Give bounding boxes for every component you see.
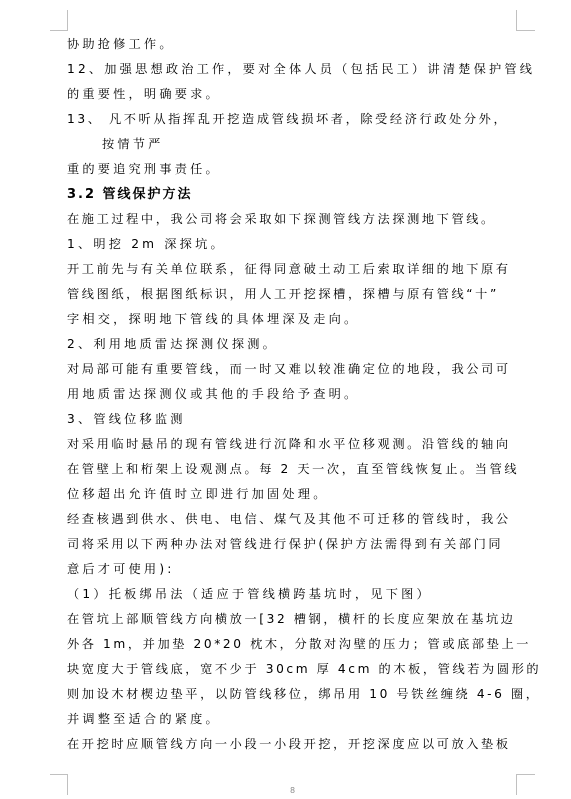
section-heading: 3.2 管线保护方法 xyxy=(67,182,475,207)
subheading: （1）托板绑吊法（适应于管线横跨基坑时，见下图） xyxy=(67,582,475,607)
paragraph-line: 管线图纸，根据图纸标识，用人工开挖探槽，探槽与原有管线“十” xyxy=(67,282,475,307)
paragraph-line: 协助抢修工作。 xyxy=(67,32,475,57)
subheading: 3、管线位移监测 xyxy=(67,407,475,432)
list-item-13: 13、 凡不听从指挥乱开挖造成管线损坏者，除受经济行政处分外， xyxy=(67,107,475,132)
top-right-margin-mark xyxy=(516,10,535,31)
paragraph-line: 位移超出允许值时立即进行加固处理。 xyxy=(67,482,475,507)
page-number: 8 xyxy=(290,786,295,795)
paragraph-line: 对局部可能有重要管线，而一时又难以较准确定位的地段，我公司可 xyxy=(67,357,475,382)
subheading: 1、明挖 2m 深探坑。 xyxy=(67,232,475,257)
paragraph-line: 按情节严 xyxy=(67,132,475,157)
bottom-left-margin-mark xyxy=(50,774,68,795)
paragraph-line: 则加设木材楔边垫平，以防管线移位，绑吊用 10 号铁丝缠绕 4-6 圈， xyxy=(67,682,475,707)
paragraph-line: 对采用临时悬吊的现有管线进行沉降和水平位移观测。沿管线的轴向 xyxy=(67,432,475,457)
paragraph-line: 在施工过程中，我公司将会采取如下探测管线方法探测地下管线。 xyxy=(67,207,475,232)
paragraph-line: 重的要追究刑事责任。 xyxy=(67,157,475,182)
paragraph-line: 意后才可使用): xyxy=(67,557,475,582)
paragraph-line: 司将采用以下两种办法对管线进行保护(保护方法需得到有关部门同 xyxy=(67,532,475,557)
document-body: 协助抢修工作。 12、加强思想政治工作，要对全体人员（包括民工）讲清楚保护管线 … xyxy=(67,32,475,757)
paragraph-line: 块宽度大于管线底，宽不少于 30cm 厚 4cm 的木板，管线若为圆形的 xyxy=(67,657,475,682)
paragraph-line: 在管坑上部顺管线方向横放一[32 槽钢，横杆的长度应架放在基坑边 xyxy=(67,607,475,632)
paragraph-line: 字相交，探明地下管线的具体埋深及走向。 xyxy=(67,307,475,332)
paragraph-line: 经查核遇到供水、供电、电信、煤气及其他不可迁移的管线时，我公 xyxy=(67,507,475,532)
paragraph-line: 在管壁上和桁架上设观测点。每 2 天一次，直至管线恢复止。当管线 xyxy=(67,457,475,482)
top-left-margin-mark xyxy=(50,10,68,31)
subheading: 2、利用地质雷达探测仪探测。 xyxy=(67,332,475,357)
paragraph-line: 在开挖时应顺管线方向一小段一小段开挖，开挖深度应以可放入垫板 xyxy=(67,732,475,757)
paragraph-line: 的重要性，明确要求。 xyxy=(67,82,475,107)
paragraph-line: 外各 1m，并加垫 20*20 枕木，分散对沟壁的压力；管或底部垫上一 xyxy=(67,632,475,657)
bottom-right-margin-mark xyxy=(516,774,535,795)
list-item-12: 12、加强思想政治工作，要对全体人员（包括民工）讲清楚保护管线 xyxy=(67,57,475,82)
paragraph-line: 用地质雷达探测仪或其他的手段给予查明。 xyxy=(67,382,475,407)
paragraph-line: 并调整至适合的紧度。 xyxy=(67,707,475,732)
paragraph-line: 开工前先与有关单位联系，征得同意破土动工后索取详细的地下原有 xyxy=(67,257,475,282)
